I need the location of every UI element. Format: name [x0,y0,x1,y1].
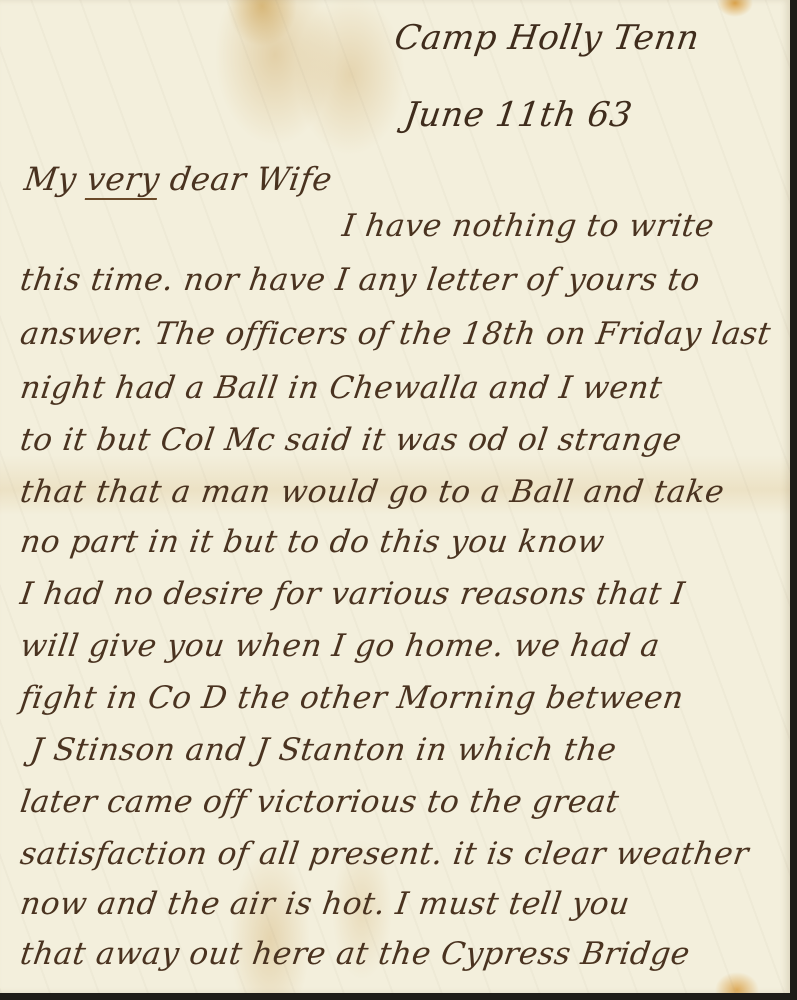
body-line-12: later came off victorious to the great [18,784,621,820]
body-line-7: no part in it but to do this you know [18,524,607,560]
scan-border-right [790,0,797,1000]
body-line-14: now and the air is hot. I must tell you [18,886,632,922]
body-line-13: satisfaction of all present. it is clear… [18,836,751,872]
salutation: My very dear Wife [22,160,335,198]
body-line-5: to it but Col Mc said it was od ol stran… [18,422,684,458]
body-line-3: answer. The officers of the 18th on Frid… [18,316,773,352]
body-line-9: will give you when I go home. we had a [18,628,662,664]
body-line-10: fight in Co D the other Morning between [18,680,686,716]
body-line-1: I have nothing to write [340,208,716,244]
salutation-prefix: My [22,160,79,198]
letter-place: Camp Holly Tenn [392,18,702,58]
salutation-emphasis: very [84,160,162,200]
body-line-11: J Stinson and J Stanton in which the [28,732,619,768]
body-line-6: that that a man would go to a Ball and t… [18,474,727,510]
body-line-15: that away out here at the Cypress Bridge [18,936,692,972]
body-line-4: night had a Ball in Chewalla and I went [18,370,664,406]
body-line-2: this time. nor have I any letter of your… [18,262,702,298]
letter-date: June 11th 63 [402,95,635,135]
scan-border-bottom [0,993,797,1000]
salutation-rest: dear Wife [168,160,335,198]
letter-page: Camp Holly Tenn June 11th 63 My very dea… [0,0,790,993]
body-line-8: I had no desire for various reasons that… [18,576,687,612]
